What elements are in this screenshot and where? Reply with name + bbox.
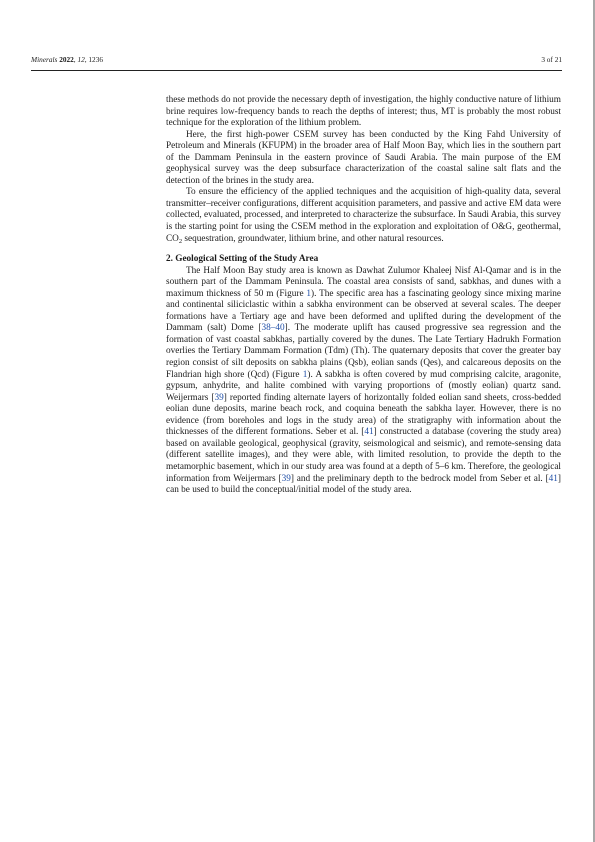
subscript: 2 — [179, 238, 182, 245]
citation-link[interactable]: 39 — [215, 393, 224, 403]
journal-citation: Minerals 2022, 12, 1236 — [31, 55, 103, 64]
article-number: 1236 — [88, 55, 103, 64]
journal-name: Minerals — [31, 55, 57, 64]
citation-link[interactable]: 1 — [303, 370, 308, 380]
article-body: these methods do not provide the necessa… — [166, 95, 561, 497]
citation-link[interactable]: 38–40 — [261, 323, 284, 333]
paragraph: Here, the first high-power CSEM survey h… — [166, 130, 561, 188]
citation-link[interactable]: 1 — [306, 289, 311, 299]
journal-volume: 12 — [77, 55, 84, 64]
page-number: 3 of 21 — [541, 55, 562, 64]
header-rule — [31, 70, 562, 71]
journal-year: 2022 — [59, 55, 74, 64]
paragraph: The Half Moon Bay study area is known as… — [166, 266, 561, 497]
running-header: Minerals 2022, 12, 1236 3 of 21 — [31, 55, 562, 69]
citation-link[interactable]: 41 — [364, 427, 373, 437]
paragraph: To ensure the efficiency of the applied … — [166, 187, 561, 245]
citation-link[interactable]: 39 — [282, 474, 291, 484]
section-heading: 2. Geological Setting of the Study Area — [166, 254, 561, 266]
citation-link[interactable]: 41 — [549, 474, 558, 484]
paragraph: these methods do not provide the necessa… — [166, 95, 561, 130]
